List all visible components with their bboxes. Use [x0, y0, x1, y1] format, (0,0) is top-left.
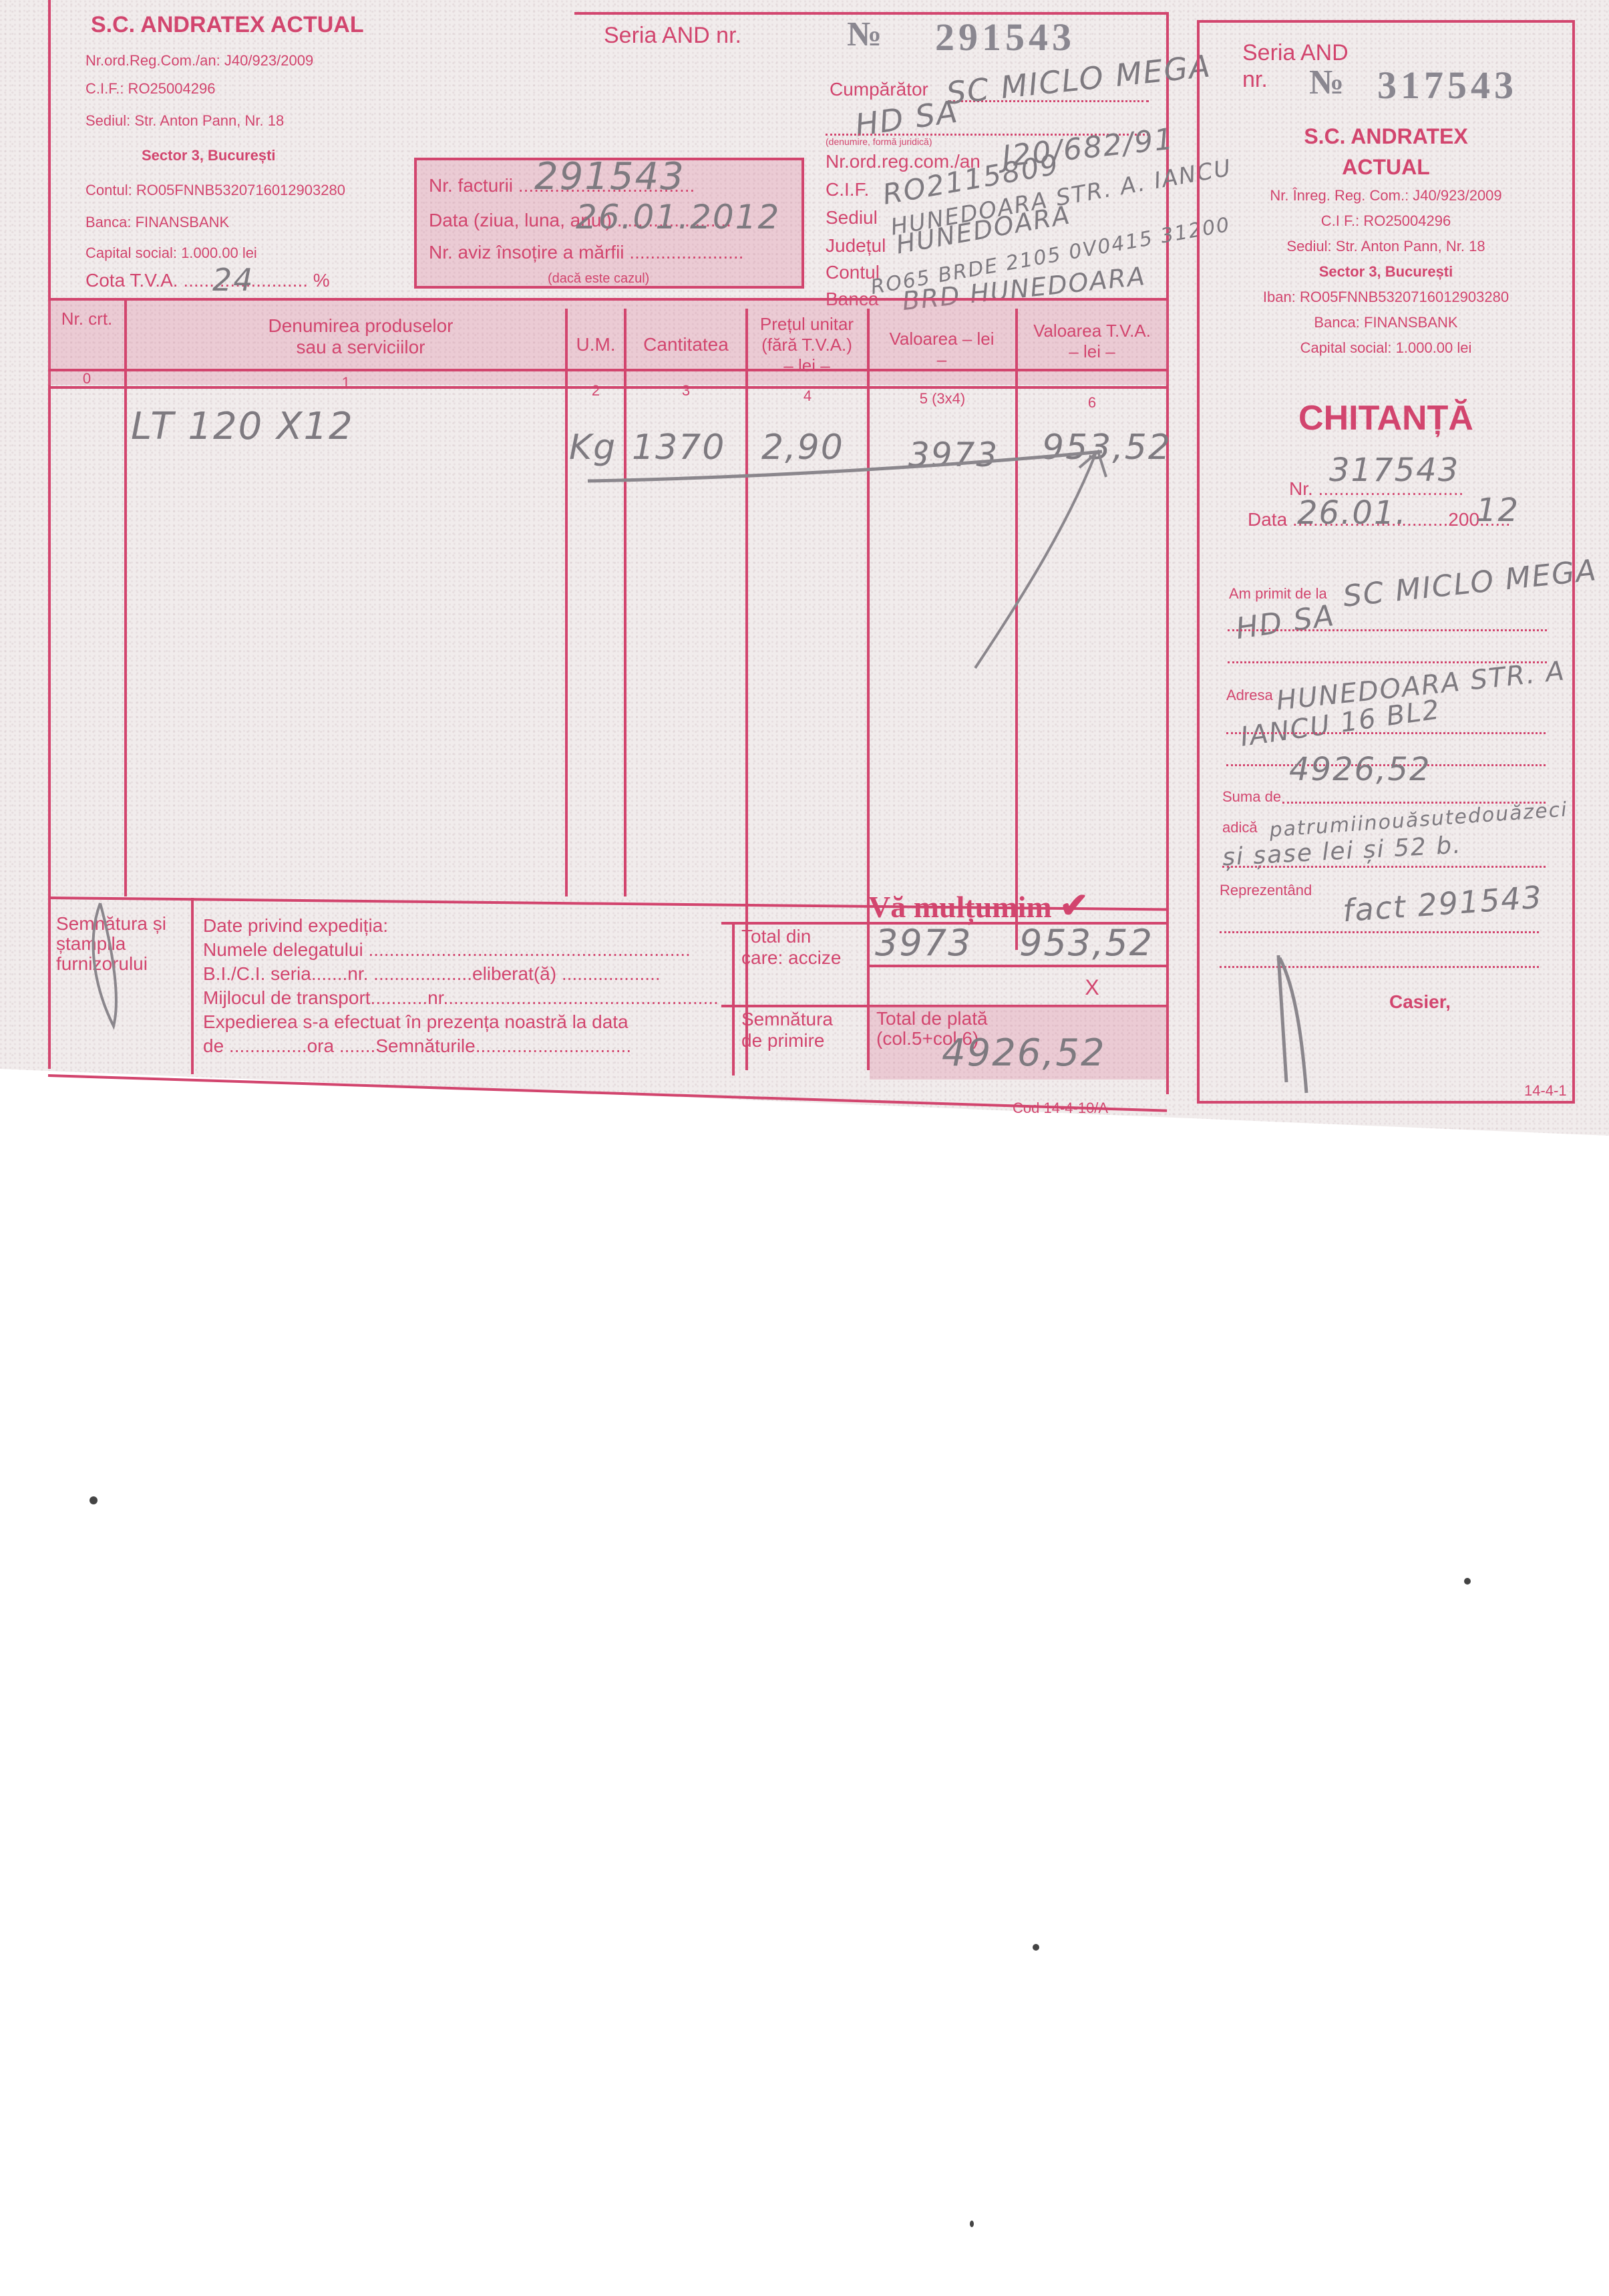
receipt-sum-label: Suma de: [1222, 788, 1281, 806]
receipt-cif: C.I F.: RO25004296: [1197, 212, 1575, 230]
total-vat[interactable]: 953,52: [1019, 922, 1153, 964]
scan-speck: [1464, 1578, 1471, 1585]
id-label: B.I./C.I. seria.......nr. ..............…: [203, 963, 661, 985]
scan-speck: [1033, 1944, 1039, 1951]
receipt-date-year[interactable]: 12: [1476, 492, 1519, 529]
cashier-signature: [1269, 949, 1322, 1096]
shipping-time: de ...............ora .......Semnăturile…: [203, 1035, 631, 1057]
received-from-line: [1228, 629, 1547, 631]
checkmark-icon: ✔: [1059, 887, 1089, 925]
representing-label: Reprezentând: [1220, 882, 1312, 899]
receipt-nr-field-value[interactable]: 317543: [1329, 452, 1459, 489]
receipt-nr-label: nr.: [1242, 67, 1268, 93]
receipt-company-2: ACTUAL: [1197, 155, 1575, 180]
pen-strike-arrow: [0, 0, 1176, 735]
total-label: Total din care: accize: [741, 926, 855, 969]
thanks-text: Vă mulțumim ✔: [868, 886, 1089, 926]
receipt-form-code: 14-4-1: [1524, 1082, 1567, 1100]
receipt-reg-com: Nr. Înreg. Reg. Com.: J40/923/2009: [1197, 187, 1575, 204]
receipt-date-value[interactable]: 26.01.: [1297, 494, 1407, 532]
footer-divider-sig: [191, 898, 194, 1074]
representing-line-2: [1220, 966, 1539, 968]
words-line: [1222, 866, 1546, 868]
totals-left-divider: [732, 922, 735, 1076]
invoice-form-code: Cod 14-4-10/A: [1013, 1100, 1108, 1117]
shipping-title: Date privind expediția:: [203, 915, 388, 937]
receipt-title: CHITANȚĂ: [1197, 398, 1575, 438]
supplier-signature-mark: [80, 899, 127, 1033]
shipping-presence: Expedierea s-a efectuat în prezența noas…: [203, 1011, 629, 1033]
scan-speck: [970, 2221, 974, 2227]
address-line: [1226, 732, 1546, 734]
thanks-label: Vă mulțumim: [868, 890, 1052, 924]
totals-line-2: [867, 965, 1168, 967]
grand-total-value[interactable]: 4926,52: [942, 1031, 1106, 1075]
receipt-address-1: Sediul: Str. Anton Pann, Nr. 18: [1197, 238, 1575, 255]
representing-line: [1220, 931, 1539, 933]
receipt-sum-value[interactable]: 4926,52: [1289, 751, 1431, 788]
excise-vat: X: [1018, 975, 1166, 1000]
scan-speck: [90, 1496, 98, 1504]
total-value[interactable]: 3973: [875, 922, 972, 964]
receipt-company-1: S.C. ANDRATEX: [1197, 124, 1575, 149]
receipt-signature-label: Semnătura de primire: [741, 1009, 855, 1051]
receipt-number-prefix: №: [1309, 63, 1348, 102]
receipt-number: 317543: [1377, 63, 1517, 108]
cashier-label: Casier,: [1389, 991, 1451, 1013]
invoice-form: S.C. ANDRATEX ACTUAL Nr.ord.Reg.Com./an:…: [0, 0, 1176, 1136]
receipt-words-label: adică: [1222, 819, 1258, 836]
delegate-label: Numele delegatului .....................…: [203, 939, 691, 961]
receipt-bank: Banca: FINANSBANK: [1197, 314, 1575, 331]
footer-bottom-line: [48, 1074, 1167, 1112]
receipt-capital: Capital social: 1.000.00 lei: [1197, 339, 1575, 357]
receipt-iban: Iban: RO05FNNB5320716012903280: [1197, 289, 1575, 306]
receipt-address-2: Sector 3, București: [1197, 263, 1575, 281]
received-from-label: Am primit de la: [1229, 585, 1327, 603]
transport-label: Mijlocul de transport...........nr......…: [203, 987, 719, 1009]
receipt-address-label: Adresa: [1226, 687, 1273, 704]
